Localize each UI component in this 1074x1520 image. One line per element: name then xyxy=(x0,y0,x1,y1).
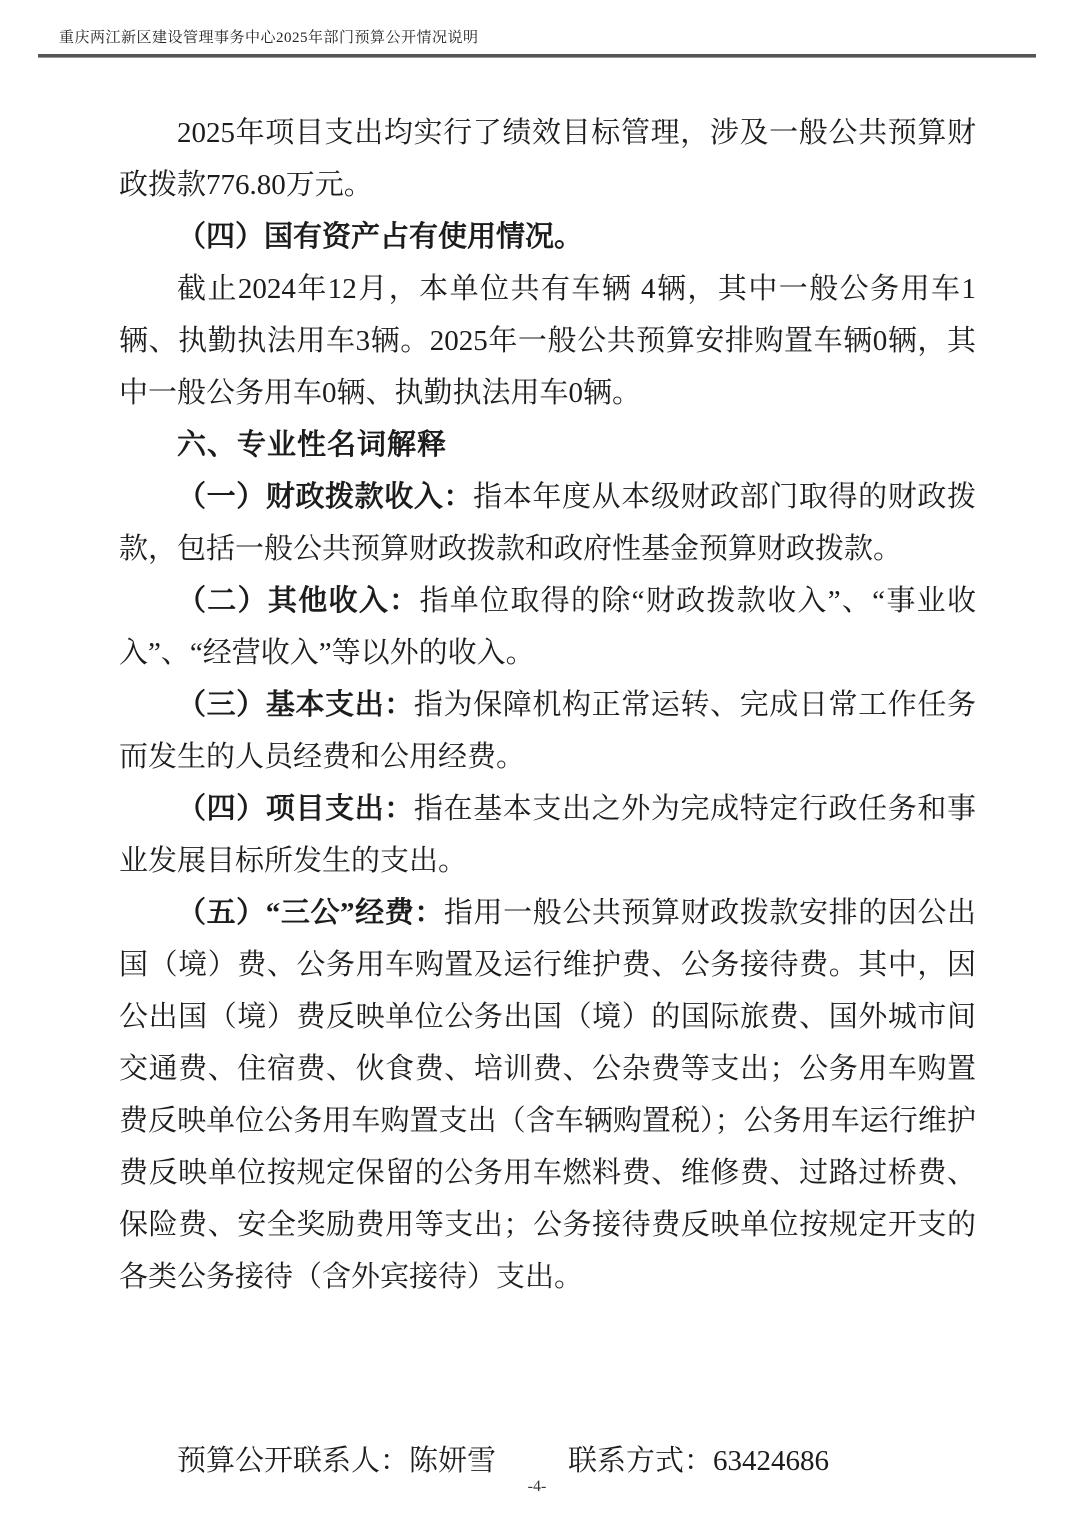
header-title: 重庆两江新区建设管理事务中心2025年部门预算公开情况说明 xyxy=(38,28,1036,48)
paragraph-text: （四）国有资产占有使用情况。 xyxy=(177,221,583,253)
contact-person-name: 陈妍雪 xyxy=(409,1445,496,1477)
paragraph-state-assets-heading: （四）国有资产占有使用情况。 xyxy=(119,211,976,263)
term-lead: （三）基本支出： xyxy=(177,689,414,721)
term-text: 指用一般公共预算财政拨款安排的因公出国（境）费、公务用车购置及运行维护费、公务接… xyxy=(119,897,976,1293)
paragraph-term-project-expenditure: （四）项目支出：指在基本支出之外为完成特定行政任务和事业发展目标所发生的支出。 xyxy=(119,783,976,887)
section-heading-text: 六、专业性名词解释 xyxy=(177,429,447,461)
paragraph-term-basic-expenditure: （三）基本支出：指为保障机构正常运转、完成日常工作任务而发生的人员经费和公用经费… xyxy=(119,679,976,783)
paragraph-term-three-public-funds: （五）“三公”经费：指用一般公共预算财政拨款安排的因公出国（境）费、公务用车购置… xyxy=(119,887,976,1303)
header-rule xyxy=(38,54,1036,58)
term-lead: （五）“三公”经费： xyxy=(177,897,444,929)
paragraph-term-fiscal-appropriation-income: （一）财政拨款收入：指本年度从本级财政部门取得的财政拨款，包括一般公共预算财政拨… xyxy=(119,471,976,575)
contact-phone-number: 63424686 xyxy=(713,1445,829,1477)
section-heading-terminology: 六、专业性名词解释 xyxy=(119,419,976,471)
document-page: 重庆两江新区建设管理事务中心2025年部门预算公开情况说明 2025年项目支出均… xyxy=(0,0,1074,1520)
paragraph-term-other-income: （二）其他收入：指单位取得的除“财政拨款收入”、“事业收入”、“经营收入”等以外… xyxy=(119,575,976,679)
paragraph-text: 截止2024年12月，本单位共有车辆 4辆，其中一般公务用车1辆、执勤执法用车3… xyxy=(119,273,976,409)
term-lead: （一）财政拨款收入： xyxy=(177,481,473,513)
paragraph-performance-targets: 2025年项目支出均实行了绩效目标管理，涉及一般公共预算财政拨款776.80万元… xyxy=(119,107,976,211)
document-body: 2025年项目支出均实行了绩效目标管理，涉及一般公共预算财政拨款776.80万元… xyxy=(119,107,976,1487)
term-lead: （四）项目支出： xyxy=(177,793,414,825)
term-lead: （二）其他收入： xyxy=(177,585,419,617)
page-number: -4- xyxy=(0,1478,1074,1496)
contact-person-label: 预算公开联系人： xyxy=(177,1445,409,1477)
paragraph-text: 2025年项目支出均实行了绩效目标管理，涉及一般公共预算财政拨款776.80万元… xyxy=(119,117,976,201)
page-header: 重庆两江新区建设管理事务中心2025年部门预算公开情况说明 xyxy=(38,28,1036,48)
paragraph-vehicles: 截止2024年12月，本单位共有车辆 4辆，其中一般公务用车1辆、执勤执法用车3… xyxy=(119,263,976,419)
contact-phone-label: 联系方式： xyxy=(568,1445,713,1477)
